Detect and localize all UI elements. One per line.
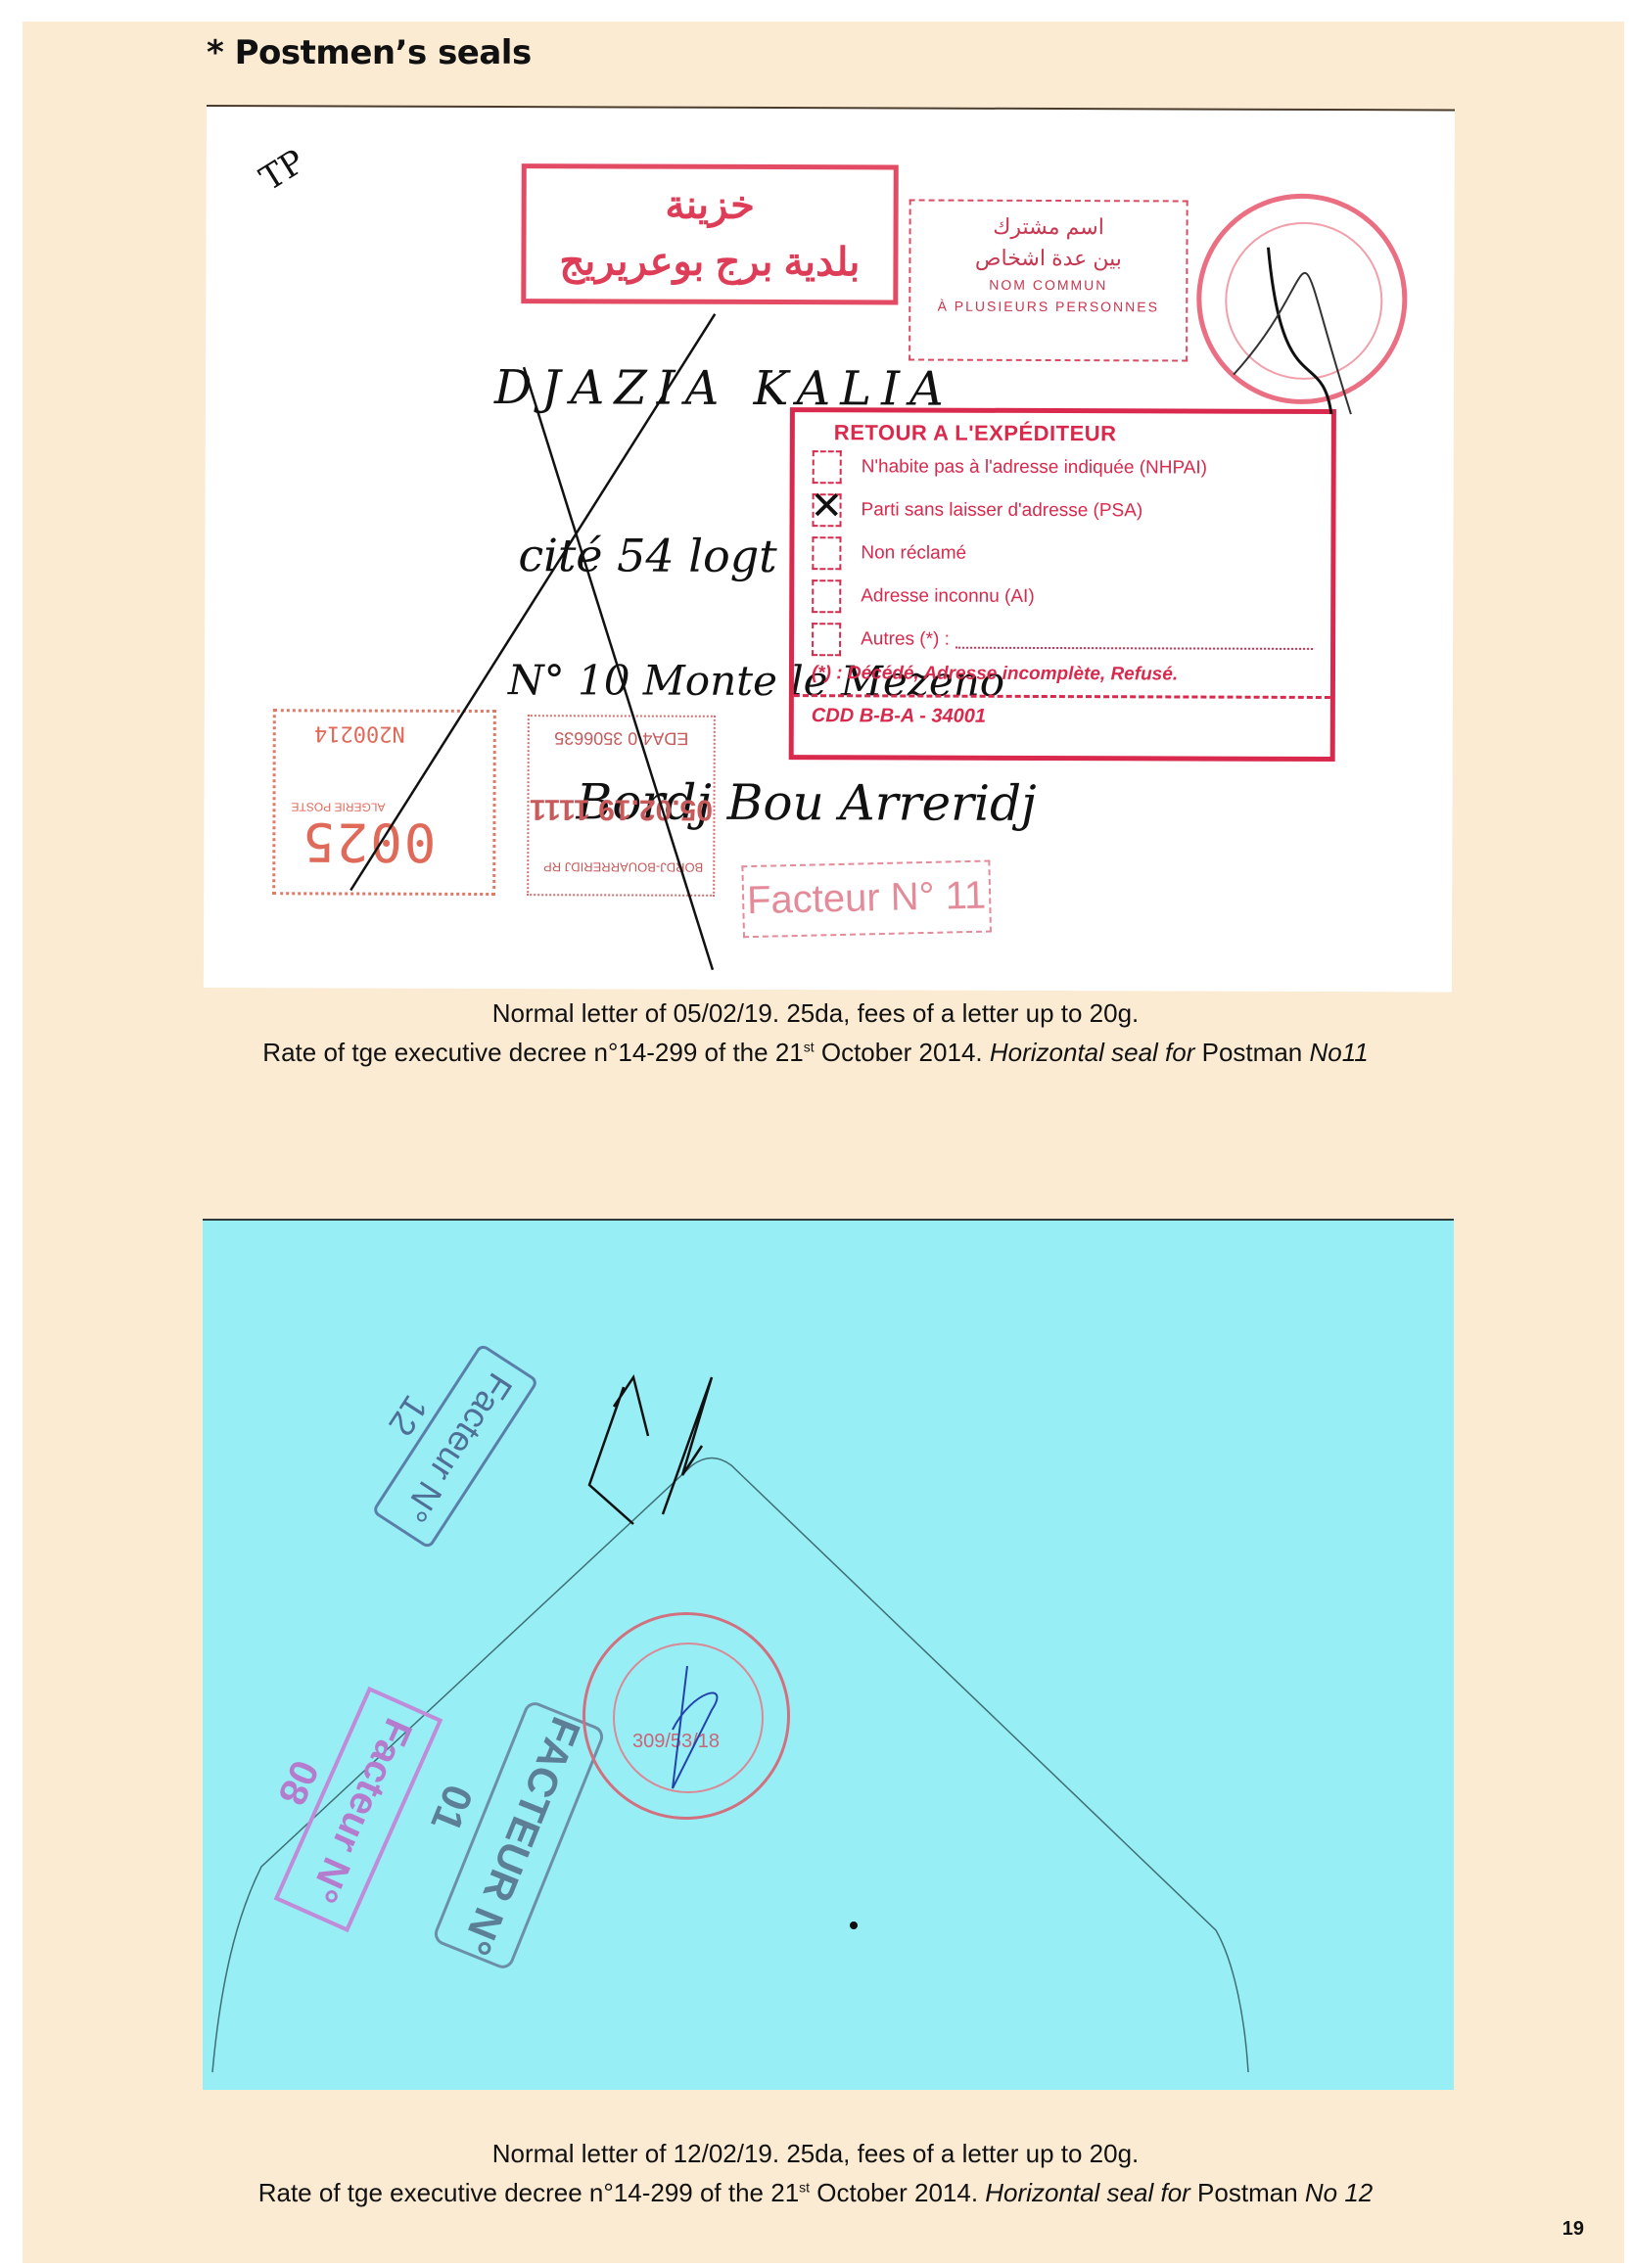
cover-2-caption-line1: Normal letter of 12/02/19. 25da, fees of…: [0, 2139, 1631, 2169]
cover-1-caption-line1: Normal letter of 05/02/19. 25da, fees of…: [0, 998, 1631, 1029]
handwritten-strokes: [204, 107, 1455, 992]
cover-2-caption-line2: Rate of tge executive decree n°14-299 of…: [0, 2178, 1631, 2208]
cover-2-back: Facteur N° 12 Facteur N° 08 FACTEUR N° 0…: [203, 1219, 1454, 2090]
cover-1-front: TP خزينة بلدية برج بوعريريج اسم مشترك بي…: [204, 105, 1455, 992]
signature-strokes: [203, 1221, 1454, 2090]
page-number: 19: [1562, 2218, 1584, 2241]
cover-1-caption-line2: Rate of tge executive decree n°14-299 of…: [0, 1038, 1631, 1068]
page-title: * Postmen’s seals: [207, 33, 532, 72]
